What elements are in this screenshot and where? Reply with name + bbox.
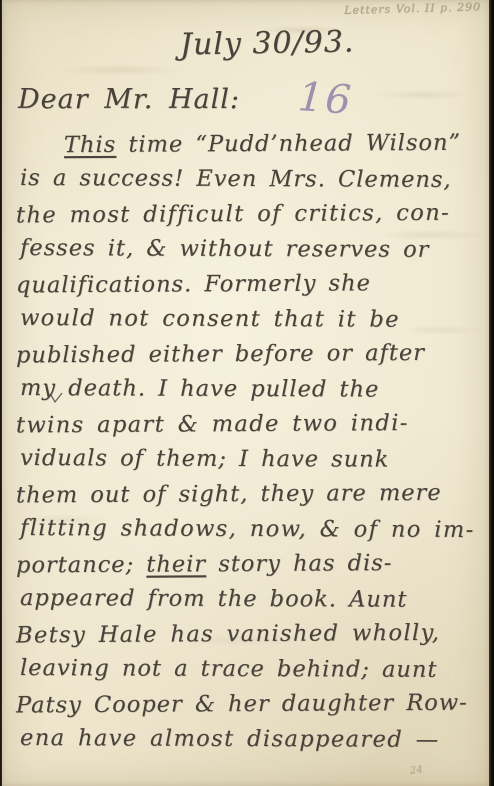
letter-line: This time “Pudd’nhead Wilson” bbox=[16, 126, 485, 164]
letter-line: qualifications. Formerly she bbox=[16, 266, 485, 304]
letter-body: This time “Pudd’nhead Wilson”is a succes… bbox=[16, 127, 485, 757]
letter-line: is a success! Even Mrs. Clemens, bbox=[16, 161, 485, 198]
letter-text: my death. I have pulled the bbox=[20, 375, 379, 403]
letter-line: the most difficult of critics, con- bbox=[16, 196, 485, 234]
letter-text: the most difficult of critics, con- bbox=[16, 200, 450, 229]
letter-text: portance; bbox=[16, 552, 146, 579]
date-line: July 30/93. bbox=[180, 24, 355, 62]
letter-line: Patsy Cooper & her daughter Row- bbox=[16, 686, 485, 724]
letter-line: fesses it, & without reserves or bbox=[16, 231, 485, 268]
underlined-word: This bbox=[64, 132, 116, 158]
letter-text: flitting shadows, now, & of no im- bbox=[20, 515, 475, 543]
scanned-letter-page: Letters Vol. II p. 290 July 30/93. 16 De… bbox=[0, 0, 494, 786]
archive-note: Letters Vol. II p. 290 bbox=[344, 0, 481, 17]
letter-line: leaving not a trace behind; aunt bbox=[16, 651, 485, 688]
letter-line: viduals of them; I have sunk bbox=[16, 441, 485, 478]
letter-text: twins apart & made two indi- bbox=[16, 410, 409, 438]
letter-text: time “Pudd’nhead Wilson” bbox=[116, 130, 461, 158]
scan-edge-right bbox=[489, 0, 494, 786]
letter-line: them out of sight, they are mere bbox=[16, 476, 485, 514]
letter-line: ena have almost disappeared — bbox=[16, 721, 485, 758]
letter-line: flitting shadows, now, & of no im- bbox=[16, 511, 485, 548]
letter-text: viduals of them; I have sunk bbox=[20, 445, 389, 473]
underlined-word: their bbox=[146, 551, 206, 577]
letter-text: would not consent that it be bbox=[20, 305, 400, 333]
letter-text: leaving not a trace behind; aunt bbox=[20, 655, 438, 683]
letter-text: ena have almost disappeared — bbox=[20, 725, 440, 753]
scan-edge-left bbox=[0, 0, 2, 786]
letter-line: would not consent that it be bbox=[16, 301, 485, 338]
page-number-annotation: 16 bbox=[296, 74, 354, 124]
letter-line: my death. I have pulled the bbox=[16, 371, 485, 408]
letter-text: fesses it, & without reserves or bbox=[20, 235, 430, 263]
letter-line: portance; their story has dis- bbox=[16, 546, 485, 584]
letter-text: appeared from the book. Aunt bbox=[20, 585, 408, 613]
stray-ink-mark bbox=[50, 392, 64, 404]
letter-line: appeared from the book. Aunt bbox=[16, 581, 485, 618]
paper-sheet: Letters Vol. II p. 290 July 30/93. 16 De… bbox=[2, 0, 489, 786]
corner-pencil-mark: 24 bbox=[410, 764, 424, 777]
letter-text: is a success! Even Mrs. Clemens, bbox=[20, 165, 452, 193]
letter-text: story has dis- bbox=[206, 550, 392, 577]
letter-line: twins apart & made two indi- bbox=[16, 406, 485, 444]
letter-text: Betsy Hale has vanished wholly, bbox=[16, 620, 440, 649]
letter-text: published either before or after bbox=[16, 340, 425, 368]
letter-line: published either before or after bbox=[16, 336, 485, 374]
letter-line: Betsy Hale has vanished wholly, bbox=[16, 616, 485, 654]
letter-text: Patsy Cooper & her daughter Row- bbox=[16, 690, 468, 719]
letter-text: qualifications. Formerly she bbox=[16, 270, 371, 298]
letter-text: them out of sight, they are mere bbox=[16, 480, 442, 509]
salutation: Dear Mr. Hall: bbox=[18, 84, 240, 115]
